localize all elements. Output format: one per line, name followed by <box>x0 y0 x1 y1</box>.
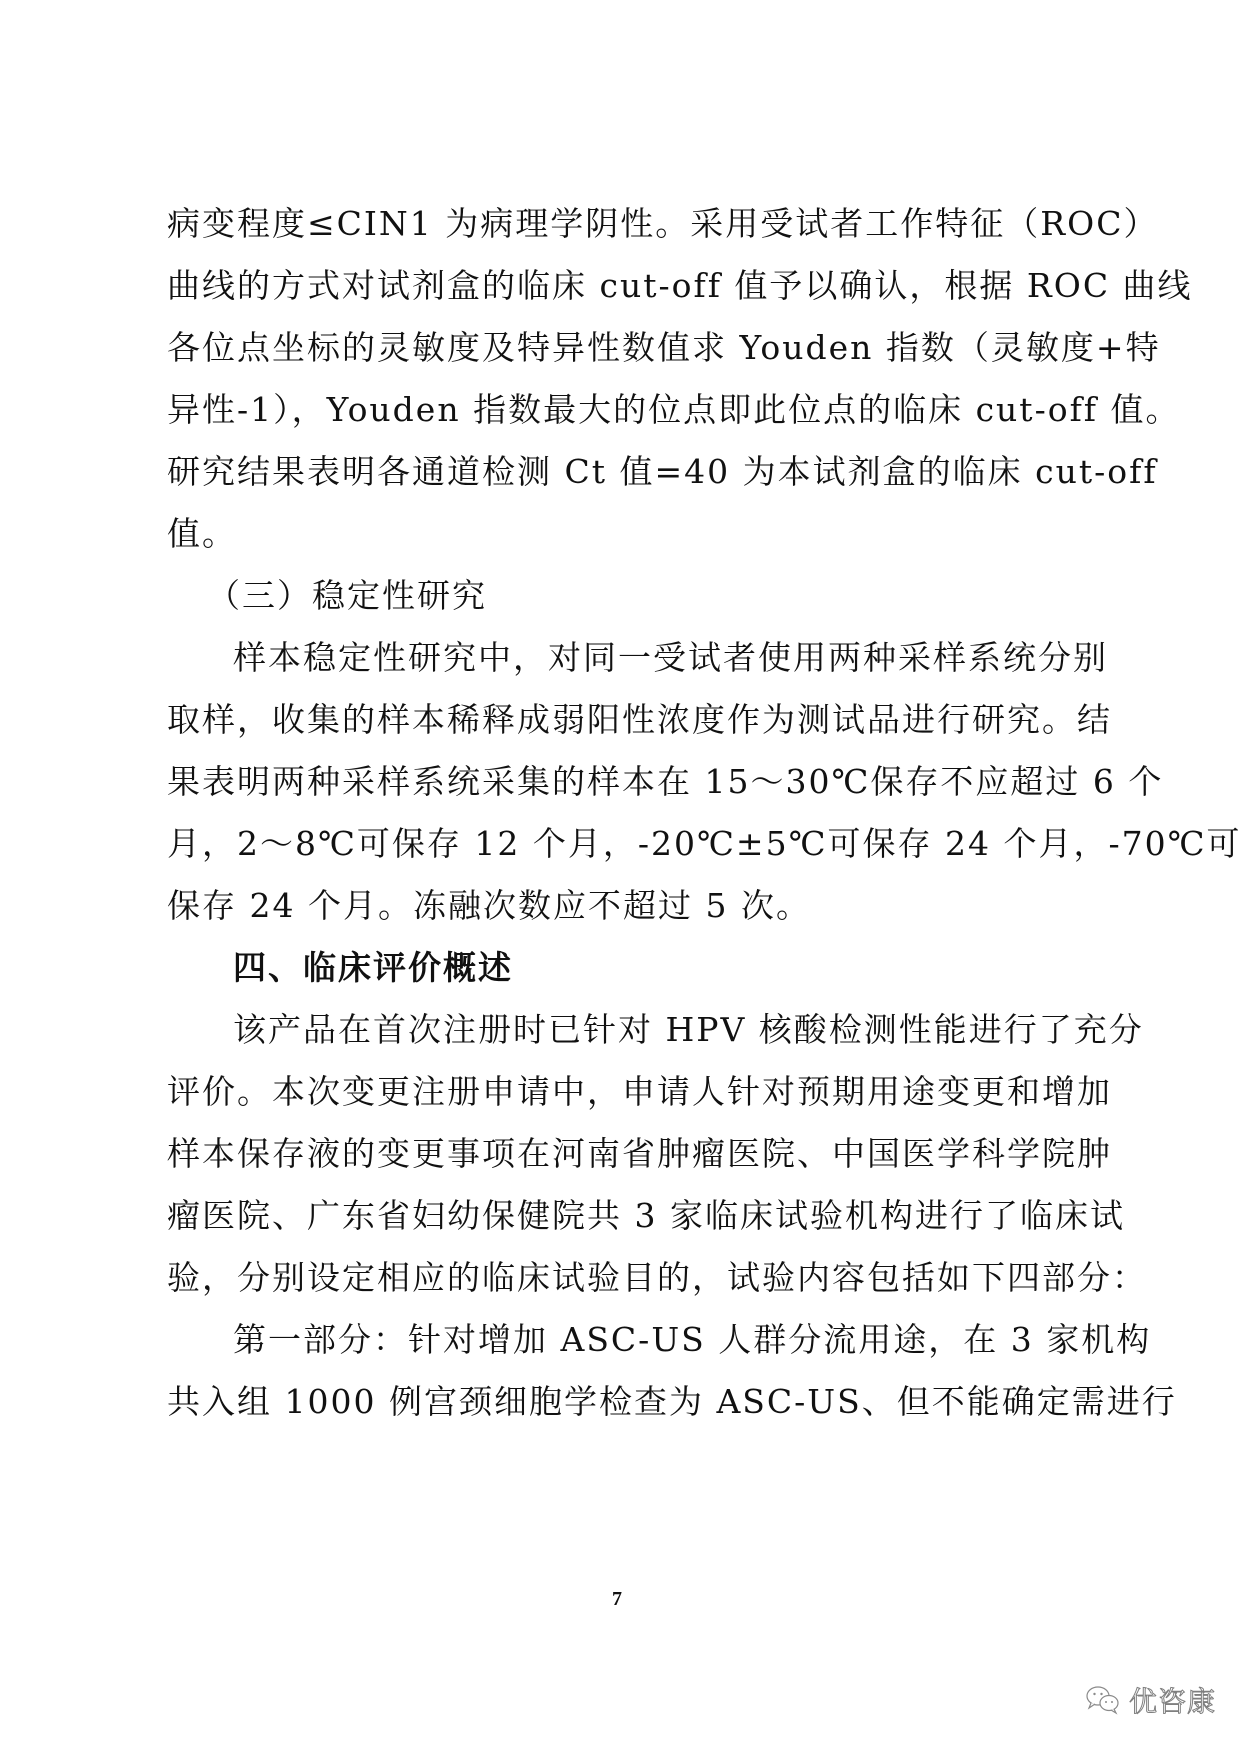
paragraph-line: 评价。本次变更注册申请中，申请人针对预期用途变更和增加 <box>167 1070 1077 1114</box>
paragraph-line: 验，分别设定相应的临床试验目的，试验内容包括如下四部分： <box>167 1256 1077 1300</box>
page-number: 7 <box>612 1588 622 1611</box>
section-heading-stability: （三）稳定性研究 <box>207 574 1117 618</box>
paragraph-line: 样本保存液的变更事项在河南省肿瘤医院、中国医学科学院肿 <box>167 1132 1077 1176</box>
paragraph-line: 瘤医院、广东省妇幼保健院共 3 家临床试验机构进行了临床试 <box>167 1194 1077 1238</box>
paragraph-line: 第一部分：针对增加 ASC-US 人群分流用途，在 3 家机构 <box>233 1318 1077 1362</box>
paragraph-line: 共入组 1000 例宫颈细胞学检查为 ASC-US、但不能确定需进行 <box>167 1380 1077 1424</box>
paragraph-line: 病变程度≤CIN1 为病理学阴性。采用受试者工作特征（ROC） <box>167 202 1077 246</box>
document-page: 病变程度≤CIN1 为病理学阴性。采用受试者工作特征（ROC） 曲线的方式对试剂… <box>0 0 1240 1754</box>
paragraph-line: 曲线的方式对试剂盒的临床 cut-off 值予以确认，根据 ROC 曲线 <box>167 264 1077 308</box>
section-heading-clinical-evaluation: 四、临床评价概述 <box>233 946 1143 990</box>
watermark-text: 优咨康 <box>1129 1680 1216 1720</box>
paragraph-line: 该产品在首次注册时已针对 HPV 核酸检测性能进行了充分 <box>233 1008 1077 1052</box>
paragraph-line: 果表明两种采样系统采集的样本在 15～30℃保存不应超过 6 个 <box>167 760 1077 804</box>
watermark: 优咨康 <box>1085 1680 1216 1720</box>
paragraph-line: 取样，收集的样本稀释成弱阳性浓度作为测试品进行研究。结 <box>167 698 1077 742</box>
paragraph-line: 月，2～8℃可保存 12 个月，-20℃±5℃可保存 24 个月，-70℃可 <box>167 822 1077 866</box>
paragraph-line: 异性-1），Youden 指数最大的位点即此位点的临床 cut-off 值。 <box>167 388 1077 432</box>
paragraph-line: 样本稳定性研究中，对同一受试者使用两种采样系统分别 <box>233 636 1077 680</box>
paragraph-line: 研究结果表明各通道检测 Ct 值=40 为本试剂盒的临床 cut-off <box>167 450 1077 494</box>
paragraph-line: 保存 24 个月。冻融次数应不超过 5 次。 <box>167 884 1077 928</box>
wechat-icon <box>1085 1685 1121 1715</box>
paragraph-line: 值。 <box>167 512 1077 556</box>
paragraph-line: 各位点坐标的灵敏度及特异性数值求 Youden 指数（灵敏度+特 <box>167 326 1077 370</box>
